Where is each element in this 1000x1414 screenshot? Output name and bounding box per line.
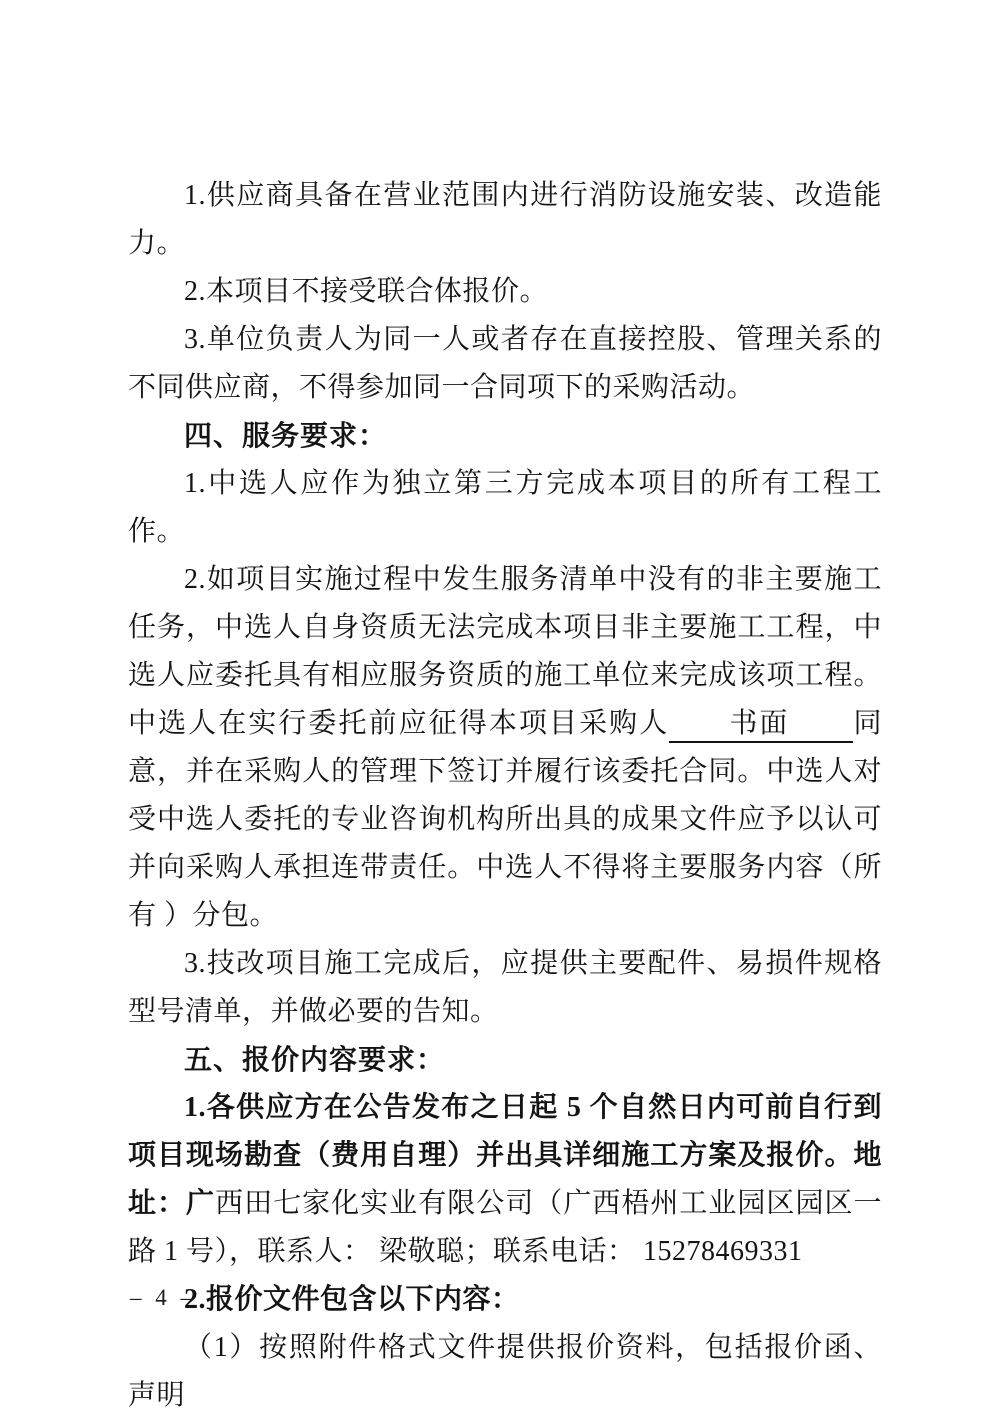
text-run: 3.技改项目施工完成后，应提供主要配件、易损件规格型号清单，并做必要的告知。	[128, 948, 882, 1027]
text-run: 2.本项目不接受联合体报价。	[184, 276, 548, 307]
text-run: 1.中选人应作为独立第三方完成本项目的所有工程工作。	[128, 468, 882, 547]
text-run: 四、服务要求：	[184, 420, 387, 451]
section-heading: 四、服务要求：	[128, 412, 882, 460]
paragraph: 2.报价文件包含以下内容：	[128, 1276, 882, 1324]
paragraph: 1.各供应方在公告发布之日起 5 个自然日内可前自行到项目现场勘查（费用自理）并…	[128, 1084, 882, 1276]
paragraph: 2.本项目不接受联合体报价。	[128, 268, 882, 316]
paragraph: 1.中选人应作为独立第三方完成本项目的所有工程工作。	[128, 460, 882, 556]
paragraph: 1.供应商具备在营业范围内进行消防设施安装、改造能力。	[128, 172, 882, 268]
paragraph: 3.单位负责人为同一人或者存在直接控股、管理关系的不同供应商，不得参加同一合同项…	[128, 316, 882, 412]
text-run: 3.单位负责人为同一人或者存在直接控股、管理关系的不同供应商，不得参加同一合同项…	[128, 324, 882, 403]
text-run: 2.报价文件包含以下内容：	[184, 1284, 520, 1315]
paragraph: 2.如项目实施过程中发生服务清单中没有的非主要施工任务，中选人自身资质无法完成本…	[128, 556, 882, 940]
page-number: – 4 –	[130, 1286, 196, 1309]
text-run: （1）按照附件格式文件提供报价资料，包括报价函、声明	[128, 1332, 882, 1411]
paragraph: （1）按照附件格式文件提供报价资料，包括报价函、声明	[128, 1324, 882, 1414]
document-page: 1.供应商具备在营业范围内进行消防设施安装、改造能力。2.本项目不接受联合体报价…	[0, 0, 1000, 1414]
document-body: 1.供应商具备在营业范围内进行消防设施安装、改造能力。2.本项目不接受联合体报价…	[128, 172, 882, 1414]
section-heading: 五、报价内容要求：	[128, 1036, 882, 1084]
paragraph: 3.技改项目施工完成后，应提供主要配件、易损件规格型号清单，并做必要的告知。	[128, 940, 882, 1036]
text-run: 1.供应商具备在营业范围内进行消防设施安装、改造能力。	[128, 180, 882, 259]
text-run: 西田七家化实业有限公司（广西梧州工业园区园区一路 1 号），联系人： 梁敬聪；联…	[128, 1188, 882, 1267]
text-run: 五、报价内容要求：	[184, 1044, 445, 1075]
fill-in-blank-field: 书面	[669, 708, 853, 743]
